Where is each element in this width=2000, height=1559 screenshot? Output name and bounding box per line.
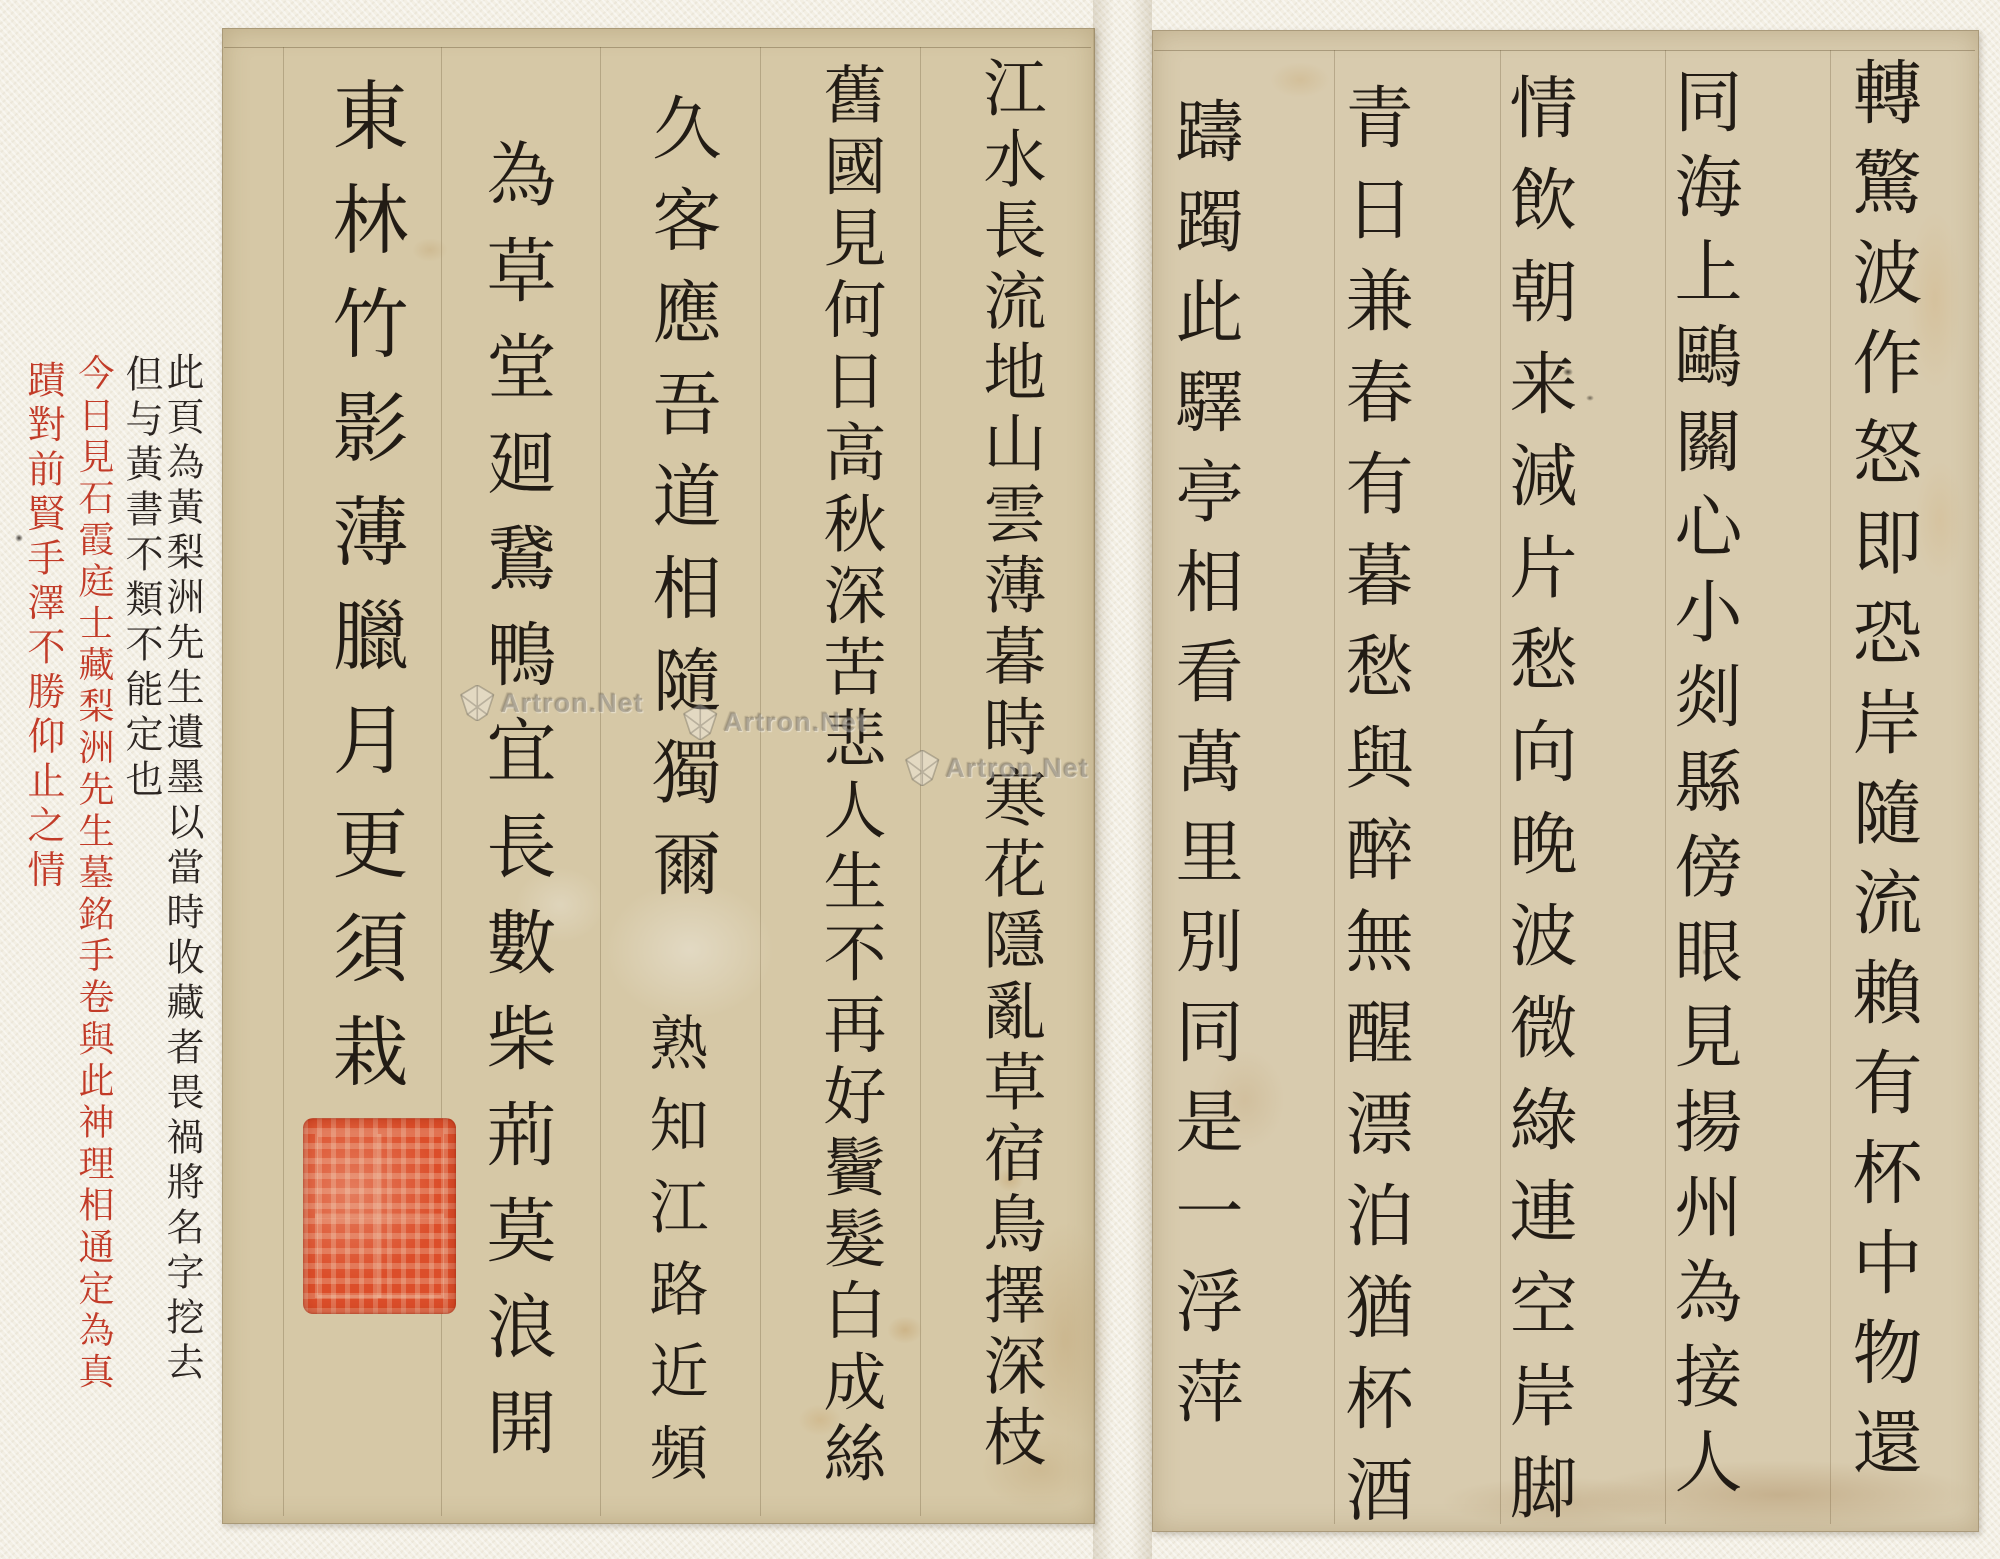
colophon-column-colophon-ink-2: 但与黃書不類不能定也 xyxy=(121,354,159,804)
page-top-rule xyxy=(224,47,1091,48)
colophon-column-colophon-red-2: 蹟對前賢手澤不勝仰止之情 xyxy=(23,360,61,894)
calligraphy-album-scan: { "artwork": { "description": "Two album… xyxy=(0,0,2000,1559)
colophon-column-colophon-ink-1: 此頁為黃梨洲先生遺墨以當時收藏者畏禍將名字挖去 xyxy=(162,352,200,1387)
fold-line xyxy=(760,47,761,1516)
calligraphy-column-R3: 情飲朝来減片愁向晚波微綠連空岸脚 xyxy=(1504,72,1572,1544)
fold-line xyxy=(600,47,601,1516)
fold-line xyxy=(920,47,921,1516)
calligraphy-column-L3a: 久客應吾道相隨獨爾 xyxy=(646,92,715,920)
calligraphy-column-L5: 東林竹影薄臘月更須栽 xyxy=(325,76,401,1116)
calligraphy-column-L1: 江水長流地山雲薄暮時寒花隱亂草宿鳥擇深枝 xyxy=(978,55,1041,1475)
calligraphy-column-L3b: 熟知江路近頻 xyxy=(644,1012,703,1504)
fold-line xyxy=(283,47,284,1516)
colophon-column-colophon-red-1: 今日見石霞庭士藏梨洲先生墓銘手卷與此神理相通定為真 xyxy=(76,354,112,1394)
fold-line xyxy=(1334,50,1335,1524)
artist-seal xyxy=(303,1118,456,1314)
calligraphy-column-R2: 同海上鷗關心小剡縣傍眼見揚州為接人 xyxy=(1669,66,1737,1511)
calligraphy-column-L4: 為草堂廻鵞鴨宜長數柴荊莫浪開 xyxy=(479,138,549,1482)
calligraphy-column-L2: 舊國見何日高秋深苦悲人生不再好鬢髮白成絲 xyxy=(818,62,881,1492)
calligraphy-column-R4: 青日兼春有暮愁與醉無醒漂泊猶杯酒 xyxy=(1340,82,1408,1546)
page-gap xyxy=(1093,0,1152,1559)
page-top-rule xyxy=(1154,50,1975,51)
fold-line xyxy=(1830,50,1831,1524)
calligraphy-column-R1: 轉驚波作怒即恐岸隨流賴有杯中物還 xyxy=(1845,56,1915,1496)
calligraphy-column-R5: 躊躅此驛亭相看萬里別同是一浮萍 xyxy=(1170,96,1238,1446)
